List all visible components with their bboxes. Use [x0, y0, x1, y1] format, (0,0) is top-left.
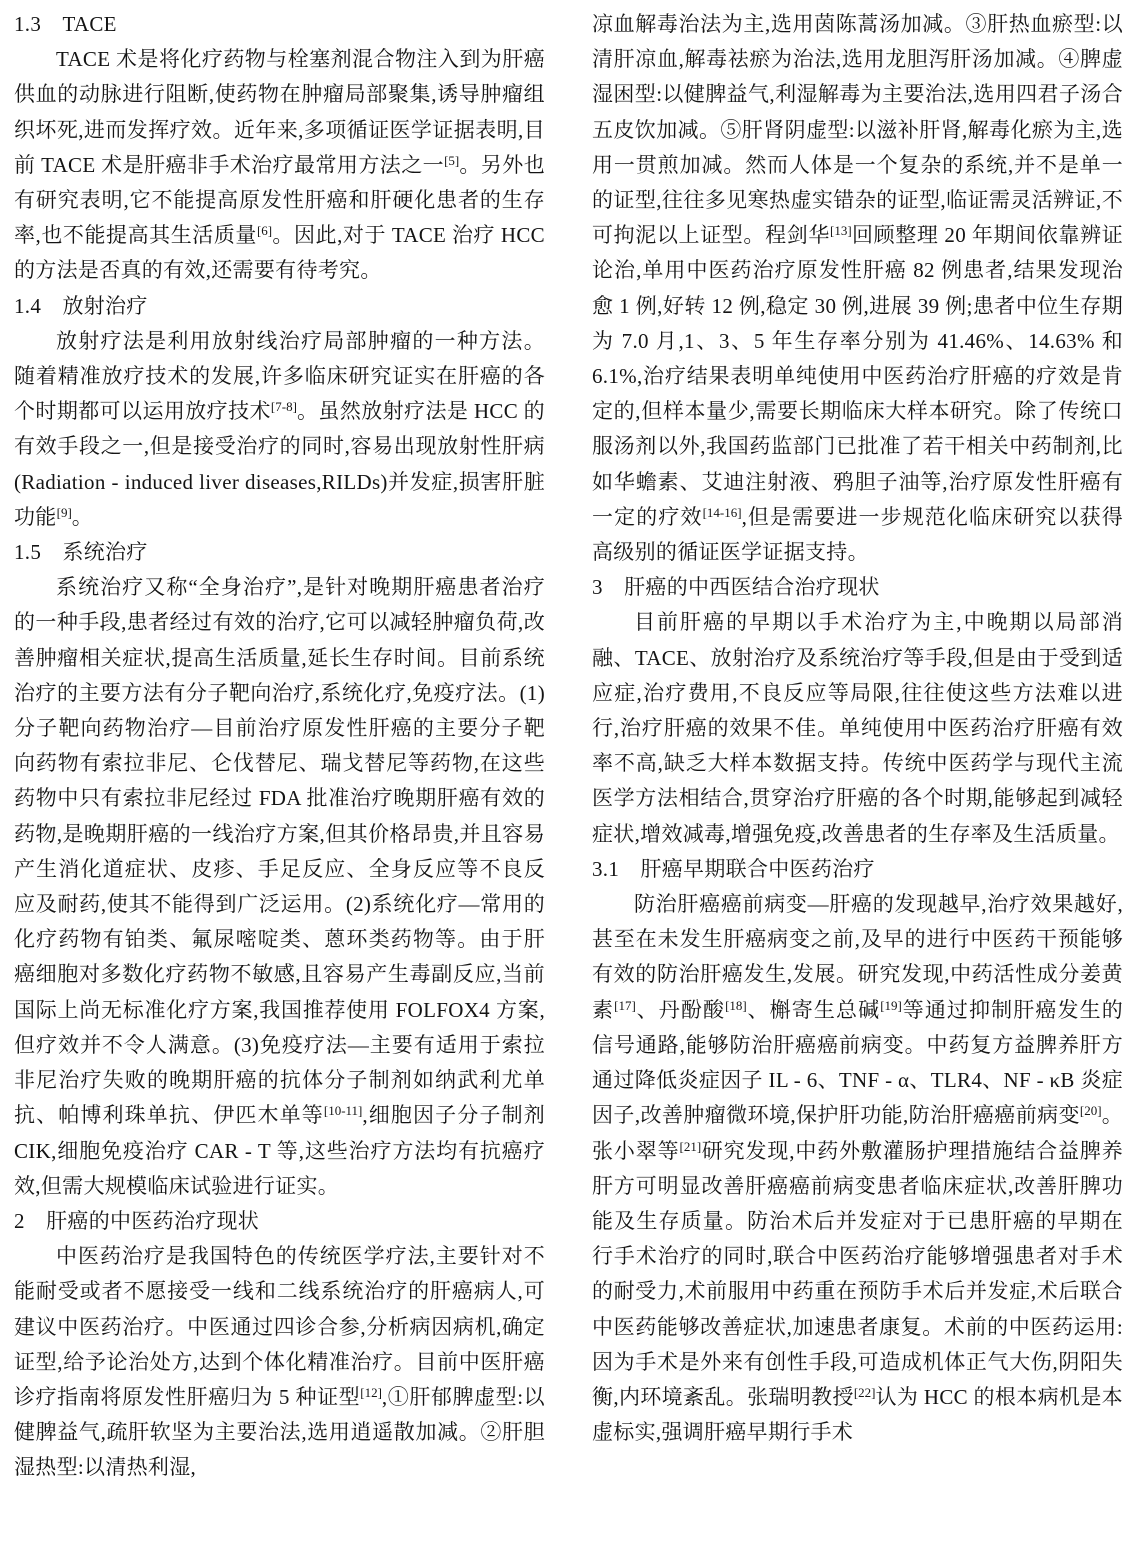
paragraph: 凉血解毒治法为主,选用茵陈蒿汤加减。③肝热血瘀型:以清肝凉血,解毒祛瘀为治法,选… — [592, 7, 1123, 570]
paragraph: 系统治疗又称“全身治疗”,是针对晚期肝癌患者治疗的一种手段,患者经过有效的治疗,… — [14, 570, 545, 1204]
section-heading: 1.4 放射治疗 — [14, 289, 545, 324]
citation-ref: [20] — [1080, 1103, 1102, 1118]
column-left: 1.3 TACETACE 术是将化疗药物与栓塞剂混合物注入到为肝癌供血的动脉进行… — [14, 7, 545, 1556]
section-heading: 3 肝癌的中西医结合治疗现状 — [592, 570, 1123, 605]
paragraph: 防治肝癌癌前病变—肝癌的发现越早,治疗效果越好,甚至在未发生肝癌病变之前,及早的… — [592, 887, 1123, 1450]
citation-ref: [17] — [614, 998, 636, 1013]
citation-ref: [7-8] — [271, 399, 297, 414]
section-heading: 1.3 TACE — [14, 7, 545, 42]
citation-ref: [19] — [880, 998, 902, 1013]
paragraph: 中医药治疗是我国特色的传统医学疗法,主要针对不能耐受或者不愿接受一线和二线系统治… — [14, 1239, 545, 1485]
citation-ref: [5] — [444, 153, 459, 168]
section-heading: 2 肝癌的中医药治疗现状 — [14, 1204, 545, 1239]
section-heading: 3.1 肝癌早期联合中医药治疗 — [592, 852, 1123, 887]
section-heading: 1.5 系统治疗 — [14, 535, 545, 570]
paragraph: 目前肝癌的早期以手术治疗为主,中晚期以局部消融、TACE、放射治疗及系统治疗等手… — [592, 605, 1123, 851]
paragraph: 放射疗法是利用放射线治疗局部肿瘤的一种方法。随着精准放疗技术的发展,许多临床研究… — [14, 324, 545, 535]
citation-ref: [21] — [680, 1139, 702, 1154]
citation-ref: [13] — [830, 223, 852, 238]
citation-ref: [10-11] — [324, 1103, 363, 1118]
citation-ref: [6] — [257, 223, 272, 238]
citation-ref: [14-16] — [703, 505, 742, 520]
citation-ref: [18] — [725, 998, 747, 1013]
column-right: 凉血解毒治法为主,选用茵陈蒿汤加减。③肝热血瘀型:以清肝凉血,解毒祛瘀为治法,选… — [592, 7, 1123, 1556]
page: 1.3 TACETACE 术是将化疗药物与栓塞剂混合物注入到为肝癌供血的动脉进行… — [0, 0, 1138, 1556]
citation-ref: [22] — [854, 1385, 876, 1400]
paragraph: TACE 术是将化疗药物与栓塞剂混合物注入到为肝癌供血的动脉进行阻断,使药物在肿… — [14, 42, 545, 288]
citation-ref: [12] — [360, 1385, 382, 1400]
citation-ref: [9] — [57, 505, 72, 520]
